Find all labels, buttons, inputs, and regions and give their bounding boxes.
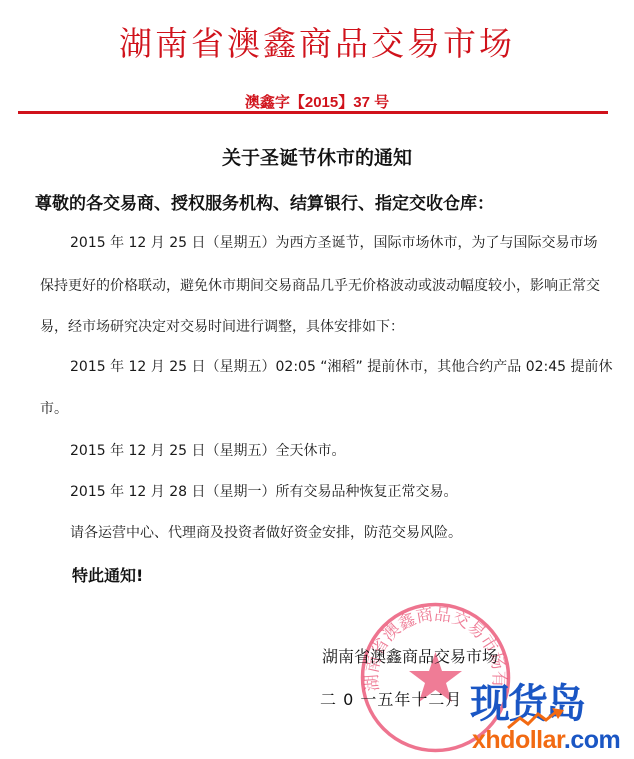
body-line: 2015 年 12 月 28 日（星期一）所有交易品种恢复正常交易。 [70,481,458,501]
notice-title: 关于圣诞节休市的通知 [0,143,634,170]
body-line: 2015 年 12 月 25 日（星期五）02:05 “湘稻” 提前休市，其他合… [70,356,613,376]
body-line: 2015 年 12 月 25 日（星期五）为西方圣诞节，国际市场休市，为了与国际… [70,232,598,252]
signature-date: 二 0 一五年十二月 [320,687,462,710]
header-divider [18,111,608,114]
document-number: 澳鑫字【2015】37 号 [0,91,634,112]
org-title: 湖南省澳鑫商品交易市场 [0,18,634,65]
closing-remark: 特此通知! [72,563,143,586]
salutation: 尊敬的各交易商、授权服务机构、结算银行、指定交收仓库： [35,189,494,214]
body-line: 保持更好的价格联动，避免休市期间交易商品几乎无价格波动或波动幅度较小，影响正常交 [40,275,600,295]
watermark-domain: xhdollar.com [472,726,620,754]
watermark-domain-suffix: .com [564,726,620,754]
body-line: 2015 年 12 月 25 日（星期五）全天休市。 [70,440,346,460]
watermark-domain-main: xhdollar [472,726,564,754]
body-line: 请各运营中心、代理商及投资者做好资金安排，防范交易风险。 [70,522,462,542]
body-line: 易，经市场研究决定对交易时间进行调整，具体安排如下： [40,316,404,336]
body-line: 市。 [40,398,68,418]
watermark-logo: 现货岛 xhdollar.com [470,680,634,759]
signature-organization: 湖南省澳鑫商品交易市场 [322,644,498,667]
